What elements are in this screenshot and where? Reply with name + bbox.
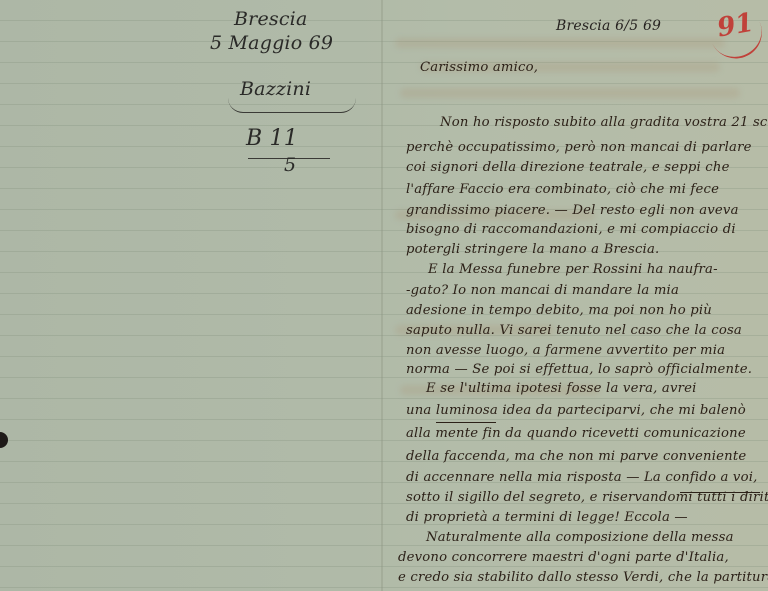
- letter-line: l'affare Faccio era combinato, ciò che m…: [406, 182, 719, 197]
- folio-number: 91: [715, 7, 763, 52]
- letter-page: Brescia 5 Maggio 69 Bazzini B 11 5 Bresc…: [0, 0, 768, 591]
- ink-bleed: [400, 88, 740, 98]
- letter-line: bisogno di raccomandazioni, e mi compiac…: [406, 222, 736, 237]
- letter-line: della faccenda, ma che non mi parve conv…: [406, 449, 746, 464]
- letter-line: e credo sia stabilito dallo stesso Verdi…: [398, 570, 768, 585]
- ink-blot: [0, 432, 8, 448]
- correspondent-underline: [228, 98, 356, 113]
- page-fold: [381, 0, 383, 591]
- letter-line: potergli stringere la mano a Brescia.: [406, 242, 659, 257]
- letter-line: di proprietà a termini di legge! Eccola …: [406, 510, 688, 525]
- letter-line: norma — Se poi si effettua, lo saprò off…: [406, 362, 752, 377]
- letter-line: non avesse luogo, a farmene avvertito pe…: [406, 343, 725, 358]
- salutation: Carissimo amico,: [420, 60, 538, 75]
- letter-line: perchè occupatissimo, però non mancai di…: [406, 140, 752, 155]
- letter-line: alla mente fin da quando ricevetti comun…: [406, 426, 746, 441]
- archive-date: 5 Maggio 69: [210, 32, 333, 54]
- letter-date: Brescia 6/5 69: [556, 18, 661, 34]
- letter-line: coi signori della direzione teatrale, e …: [406, 160, 730, 175]
- letter-line: Non ho risposto subito alla gradita vost…: [440, 115, 768, 130]
- letter-line: saputo nulla. Vi sarei tenuto nel caso c…: [406, 323, 742, 338]
- letter-line: E la Messa funebre per Rossini ha naufra…: [428, 262, 718, 277]
- ink-bleed: [395, 38, 725, 48]
- letter-line: adesione in tempo debito, ma poi non ho …: [406, 303, 712, 318]
- archive-correspondent: Bazzini: [240, 78, 311, 100]
- archive-place: Brescia: [234, 8, 308, 30]
- letter-line: -gato? Io non mancai di mandare la mia: [406, 283, 679, 298]
- letter-line: una luminosa idea da parteciparvi, che m…: [406, 403, 746, 418]
- luminosa-underline: [436, 422, 496, 423]
- archive-number: 5: [284, 154, 296, 176]
- letter-line: grandissimo piacere. — Del resto egli no…: [406, 203, 739, 218]
- letter-line: devono concorrere maestri d'ogni parte d…: [398, 550, 729, 565]
- diritti-underline: [680, 492, 760, 493]
- letter-line: E se l'ultima ipotesi fosse la vera, avr…: [426, 381, 697, 396]
- archive-shelf-mark: B 11: [246, 126, 298, 151]
- letter-line: Naturalmente alla composizione della mes…: [426, 530, 734, 545]
- letter-line: di accennare nella mia risposta — La con…: [406, 470, 758, 485]
